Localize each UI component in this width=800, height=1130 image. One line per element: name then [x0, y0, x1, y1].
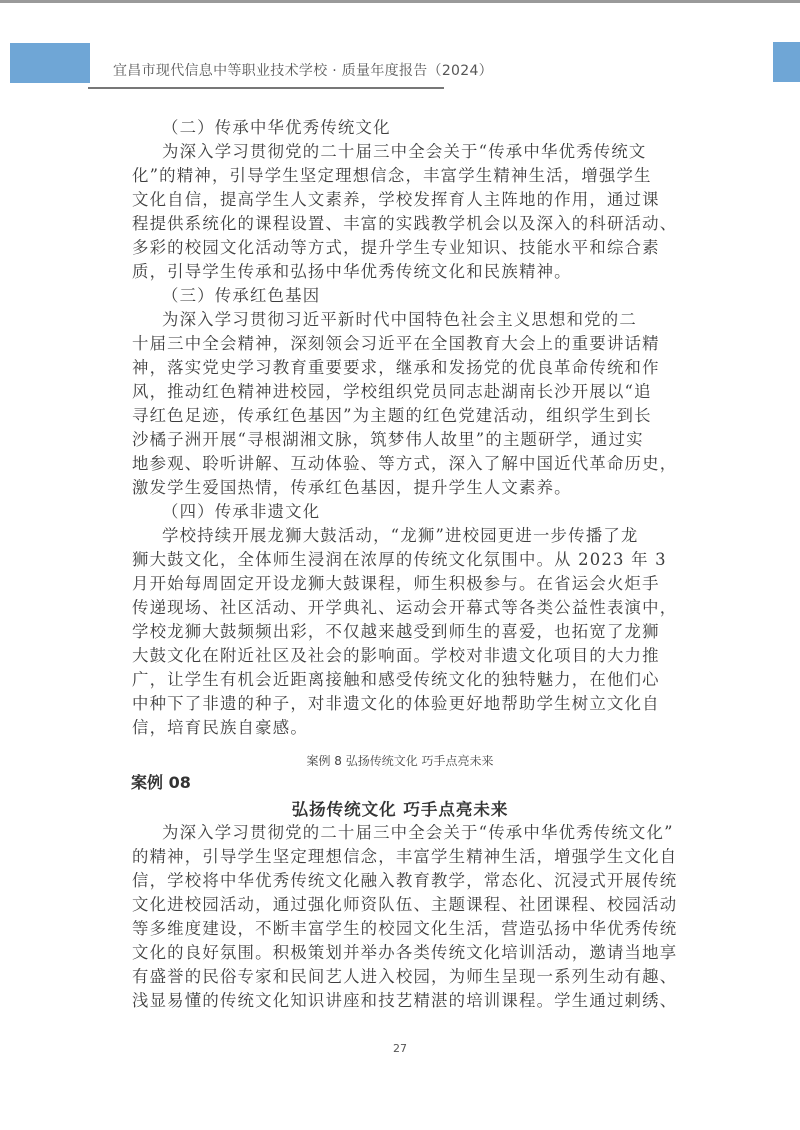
page-number: 27 [0, 1042, 800, 1055]
paragraph-line: 月开始每周固定开设龙狮大鼓课程，师生积极参与。在省运会火炬手 [132, 573, 672, 595]
case-caption: 案例 8 弘扬传统文化 巧手点亮未来 [0, 752, 800, 769]
paragraph-line: 地参观、聆听讲解、互动体验、等方式，深入了解中国近代革命历史， [132, 453, 672, 475]
paragraph-line: 大鼓文化在附近社区及社会的影响面。学校对非遗文化项目的大力推 [132, 645, 672, 667]
paragraph-line: 沙橘子洲开展“寻根湖湘文脉，筑梦伟人故里”的主题研学，通过实 [132, 429, 672, 451]
paragraph-line: 文化自信，提高学生人文素养，学校发挥育人主阵地的作用，通过课 [132, 189, 672, 211]
paragraph-line: 风，推动红色精神进校园，学校组织党员同志赴湖南长沙开展以“追 [132, 381, 672, 403]
paragraph-line: 学校持续开展龙狮大鼓活动，“龙狮”进校园更进一步传播了龙 [162, 525, 702, 547]
section-heading: （二）传承中华优秀传统文化 [162, 117, 702, 139]
paragraph-line: 为深入学习贯彻党的二十届三中全会关于“传承中华优秀传统文化” [162, 822, 702, 844]
paragraph-line: 化”的精神，引导学生坚定理想信念，丰富学生精神生活，增强学生 [132, 165, 672, 187]
paragraph-line: 广，让学生有机会近距离接触和感受传统文化的独特魅力，在他们心 [132, 669, 672, 691]
section-heading: （三）传承红色基因 [162, 285, 702, 307]
paragraph-line: 中种下了非遗的种子，对非遗文化的体验更好地帮助学生树立文化自 [132, 693, 672, 715]
paragraph-line: 神，落实党史学习教育重要要求，继承和发扬党的优良革命传统和作 [132, 357, 672, 379]
running-header-title: 宜昌市现代信息中等职业技术学校 · 质量年度报告（2024） [113, 60, 533, 80]
paragraph-line: 信，培育民族自豪感。 [132, 717, 672, 739]
paragraph-line: 的精神，引导学生坚定理想信念，丰富学生精神生活，增强学生文化自 [132, 846, 672, 868]
paragraph-line: 信，学校将中华优秀传统文化融入教育教学，常态化、沉浸式开展传统 [132, 870, 672, 892]
paragraph-line: 文化的良好氛围。积极策划并举办各类传统文化培训活动，邀请当地享 [132, 942, 672, 964]
paragraph-line: 为深入学习贯彻习近平新时代中国特色社会主义思想和党的二 [162, 309, 702, 331]
paragraph-line: 有盛誉的民俗专家和民间艺人进入校园，为师生呈现一系列生动有趣、 [132, 966, 672, 988]
header-accent-block-right [773, 42, 800, 82]
case-title: 弘扬传统文化 巧手点亮未来 [0, 796, 800, 820]
paragraph-line: 程提供系统化的课程设置、丰富的实践教学机会以及深入的科研活动、 [132, 213, 672, 235]
section-heading: （四）传承非遗文化 [162, 501, 702, 523]
scan-top-edge [0, 0, 800, 3]
paragraph-line: 狮大鼓文化，全体师生浸润在浓厚的传统文化氛围中。从 2023 年 3 [132, 549, 672, 571]
paragraph-line: 十届三中全会精神，深刻领会习近平在全国教育大会上的重要讲话精 [132, 333, 672, 355]
paragraph-line: 浅显易懂的传统文化知识讲座和技艺精湛的培训课程。学生通过刺绣、 [132, 990, 672, 1012]
paragraph-line: 寻红色足迹，传承红色基因”为主题的红色党建活动，组织学生到长 [132, 405, 672, 427]
paragraph-line: 等多维度建设，不断丰富学生的校园文化生活，营造弘扬中华优秀传统 [132, 918, 672, 940]
paragraph-line: 质，引导学生传承和弘扬中华优秀传统文化和民族精神。 [132, 261, 672, 283]
paragraph-line: 文化进校园活动，通过强化师资队伍、主题课程、社团课程、校园活动 [132, 894, 672, 916]
paragraph-line: 传递现场、社区活动、开学典礼、运动会开幕式等各类公益性表演中， [132, 597, 672, 619]
header-accent-block-left [10, 43, 90, 83]
case-label: 案例 08 [131, 770, 191, 793]
header-divider [88, 87, 444, 89]
paragraph-line: 为深入学习贯彻党的二十届三中全会关于“传承中华优秀传统文 [162, 141, 702, 163]
paragraph-line: 学校龙狮大鼓频频出彩，不仅越来越受到师生的喜爱，也拓宽了龙狮 [132, 621, 672, 643]
paragraph-line: 多彩的校园文化活动等方式，提升学生专业知识、技能水平和综合素 [132, 237, 672, 259]
paragraph-line: 激发学生爱国热情，传承红色基因，提升学生人文素养。 [132, 477, 672, 499]
